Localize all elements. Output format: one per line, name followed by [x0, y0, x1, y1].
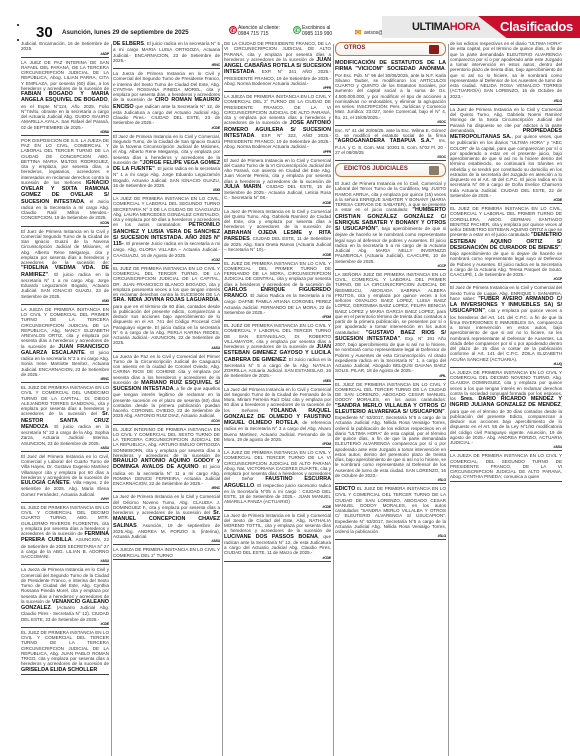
ad-code: #ASU — [21, 446, 109, 450]
ad-text: POR DISPOSICION DE S.S. LA JUEZA DE PAZ … — [21, 138, 109, 185]
classified-ad: La Juez del Primera Instancia en lo Civi… — [224, 386, 331, 449]
brand-logo: ULTIMAHORA — [412, 21, 480, 33]
phone-icon: ✆ — [229, 26, 237, 34]
ad-code: #SIG — [21, 299, 109, 303]
ad-text: El Juez del Primera Instancia en lo Civi… — [21, 454, 109, 480]
section-header-otros: OTROS — [335, 42, 446, 56]
ad-code: #PFR — [224, 150, 331, 154]
column-5: de los edictos respectivos en el diario … — [450, 40, 562, 756]
ad-code: #SOC — [335, 120, 446, 124]
classified-ad: LA JUEZA DE PRIMERA INSTANCIA EN LO CIVI… — [21, 306, 109, 383]
ad-code: #FDM — [224, 442, 331, 446]
ad-code: #CON — [21, 221, 109, 225]
ad-text: , cita y emplaza por quince veces a los … — [450, 308, 562, 361]
ad-code: #DBA — [21, 130, 109, 134]
ad-highlight: FABIAN BOGADO Y MARIA ANGELA ESQUIVEL DE… — [21, 91, 109, 103]
ad-code: #SES — [224, 379, 331, 383]
ad-highlight: MODIFICACIÓN DE ESTATUTOS DE LA FIRMA "V… — [335, 60, 446, 72]
classified-ad: LA JUEZA DE PRIMERA INSTANCIA EN LO CIVI… — [450, 452, 562, 481]
ad-highlight: EDICTO — [335, 486, 355, 492]
ad-code: #CDE — [224, 505, 331, 509]
ad-code: #LUQ — [450, 362, 562, 366]
classified-ad: DE LA CIUDAD DE PRESIDENTE FRANCO, DE LA… — [224, 40, 331, 92]
column-1: Judicial. Encarnación, 16 de Setiembre d… — [21, 40, 109, 756]
ad-text: LA JUEZA DE PRIMERA INSTANCIA EN LO CIVI… — [21, 307, 109, 349]
ad-text: . El presente Juicio radica en la secret… — [113, 241, 220, 258]
classified-ad: EL JUEZ DE PRIMERA INSTANCIA EN LO CIVIL… — [21, 384, 109, 452]
ad-text: Esc. N° 41 del 20/06/25, ante la Esc. Wi… — [335, 128, 446, 138]
column-divider — [333, 44, 334, 756]
contact-phone-number: 0984 715 715 — [238, 31, 280, 37]
envelope-icon: ✉ — [354, 29, 362, 37]
classified-ad: EL JUEZ DE PRIMERA INSTANCIA EN LO CIVIL… — [224, 260, 331, 322]
ad-highlight: DE ELBERS — [113, 41, 144, 47]
ad-code: #CDE — [450, 198, 562, 202]
classified-ad: LA JUEZA DE PRIMERA INSTANCIA EN LO CIVI… — [113, 546, 220, 560]
classified-ad: EL JUEZ INTERINO DE PRIMERA INSTANCIA EN… — [113, 426, 220, 493]
classified-ad: Judicial. Encarnación, 16 de Setiembre d… — [21, 40, 109, 58]
classified-ad: La Juez de Primera Instancia en lo Civil… — [450, 106, 562, 204]
ad-code: #ENC — [113, 63, 220, 67]
ad-text: EL JUEZ DE PRIMERA INSTANCIA EN LO CIVIL… — [335, 486, 446, 534]
ad-text: Judicial. Encarnación, 16 de Setiembre d… — [21, 41, 109, 51]
classified-ad: EL JUEZ DE PRIMERA INSTANCIA EN LO CIVIL… — [21, 629, 109, 675]
ad-code: #CDE — [224, 556, 331, 560]
ad-text: EL JUEZ DE PRIMERA INSTANCIA EN LO CIVIL… — [335, 382, 446, 403]
section-icon — [429, 45, 439, 54]
ad-text: , para que en el término de 60 días, con… — [113, 297, 220, 345]
classified-ad: EDICTO EL JUEZ DE PRIMERA INSTANCIA EN L… — [335, 485, 446, 540]
classified-ad: El Juez de Primera Instancia en lo Civil… — [335, 180, 446, 270]
ad-code: #CCP — [450, 277, 562, 281]
ad-text: LA JUEZA DE PRIMERA INSTANCIA EN LO CIVI… — [450, 453, 562, 479]
ad-code: #CDE — [224, 201, 331, 205]
section-header-edictos: EDICTOS JUDICIALES — [335, 163, 446, 177]
ad-text: La Juez de Primera Instancia en lo Civil… — [224, 513, 331, 534]
classified-ad: El Juez de Primera Instancia en lo Civil… — [450, 284, 562, 368]
ad-text: . Exp. N° 191 Año 2007, bajo apercibimie… — [335, 336, 446, 374]
classified-ad: EL JUEZ DE PRIMERA INSTANCIA EN LO CIVIL… — [224, 322, 331, 385]
ad-highlight: Sres. DARIO RICARDO MENDEZ Y INGRID JULI… — [450, 396, 562, 408]
ad-code: #CDE — [113, 126, 220, 130]
classified-ad: LA JUEZ DE PRIMERA INSTANCIA EN LO CIVIL… — [113, 195, 220, 264]
classified-ad: POR DISPOSICION DE S.S. LA JUEZA DE PAZ … — [21, 137, 109, 227]
classified-ad: La Jueza de Paz en lo Civil y Comercial … — [113, 353, 220, 425]
ad-code: #CCP — [335, 264, 446, 268]
classified-ad: La Juez de Primera Instancia en lo Civil… — [224, 208, 331, 259]
classified-ad: EL JUEZ DE PRIMERA INSTANCIA EN LO CIVIL… — [21, 504, 109, 566]
ad-text: EL JUEZ DE PRIMERA INSTANCIA EN LO CIVIL… — [21, 385, 109, 416]
ad-text: , por quince veces, que se publicarán en… — [450, 134, 562, 198]
ad-code: #SLO — [335, 478, 446, 482]
ad-highlight: EULOGIA CAÑETE — [21, 480, 70, 486]
ad-text: EL JUEZ DE PRIMERA INSTANCIA EN LO CIVIL… — [113, 266, 220, 297]
ad-code: #CDE — [21, 622, 109, 626]
fold-mark — [17, 24, 19, 26]
ad-code: #ENC — [21, 377, 109, 381]
ad-text: El Juez de Primera Instancia en lo Civil… — [224, 158, 331, 184]
ad-text: . Por Esc. Púb. N° 96 del 30/06/2025, an… — [335, 66, 446, 119]
ad-code: #ASU — [450, 445, 562, 449]
ad-text: EL JUEZ DE PRIMERA INSTANCIA EN LO CIVIL… — [21, 630, 109, 667]
ad-highlight: SRA. NIDIA JOVINA ROJAS LAGUARDIA — [113, 297, 219, 303]
classified-ad: La Jueza de Primera Instancia en lo Civi… — [113, 70, 220, 132]
contact-whatsapp[interactable]: ✆ Escribinos al 0985 119 990 — [302, 25, 332, 37]
ad-code: #ASU — [113, 539, 220, 543]
ad-text: La Juez de Primera Instancia en lo Civil… — [224, 209, 331, 230]
document-icon — [429, 166, 439, 175]
classified-ad: Esc. N° 41 del 20/06/25, ante la Esc. Wi… — [335, 127, 446, 161]
ad-highlight: GRISELDA ELIDA SCHOLLER — [21, 667, 97, 673]
ad-text: LA JUEZA DE PRIMERA INSTANCIA EN LO CIVI… — [113, 547, 220, 557]
classified-ad: LA JUEZ DE PRIMERA INSTANCIA EN LO CIVIL… — [224, 449, 331, 511]
ad-text: EL JUEZ DE PRIMERA INSTANCIA EN LO CIVIL… — [224, 261, 331, 287]
section-title: Clasificados — [500, 19, 573, 34]
ad-code: #ASU — [113, 346, 220, 350]
ad-code: #SLO — [450, 99, 562, 103]
classified-ad: La Juez de Primera Instancia en lo Civil… — [224, 512, 331, 562]
ad-text: EL JUEZ DE PRIMERA INSTANCIA EN LO CIVIL… — [224, 323, 331, 349]
ad-code: #VHY — [21, 497, 109, 501]
ad-code: #FDM — [224, 315, 331, 319]
classified-ad: El Juez de Primera Instancia en lo Civil… — [224, 157, 331, 207]
ad-highlight: JULIA MARIN — [224, 184, 261, 190]
classified-ad: LA JUEZA DE PRIMERA INSTANCIA EN LO CIVI… — [224, 93, 331, 156]
whatsapp-icon: ✆ — [293, 26, 301, 34]
classified-ad: EL JUEZ DE PRIMERA INSTANCIA EN LO CIVIL… — [450, 205, 562, 283]
column-divider — [111, 44, 112, 756]
ad-code: #CGZ — [113, 258, 220, 262]
classified-ad: El Juez de Primera Instancia en lo Civil… — [21, 228, 109, 305]
brand-ultima: ULTIMA — [412, 21, 450, 33]
classified-ad: El Juez de Primera Instancia en lo Civil… — [113, 133, 220, 195]
page-number: 30 — [36, 24, 53, 41]
classified-ad: LA SEÑORA JUEZ DE PRIMERA INSTANCIA EN L… — [335, 271, 446, 380]
ad-text: de los edictos respectivos en el diario … — [450, 41, 562, 99]
classified-ad: de los edictos respectivos en el diario … — [450, 40, 562, 105]
ad-code: #ADP — [21, 52, 109, 56]
ad-code: #SIG — [113, 188, 220, 192]
ad-highlight: "AGROGANADERA TABAPUA S.A." — [335, 138, 434, 144]
ad-text: La Juez de Primera Instancia en lo Civil… — [113, 494, 220, 515]
ad-highlight: LUCIVANE DOS PASSOS BOENA — [224, 534, 318, 540]
ad-text: , para que en el término de 30 días cont… — [450, 402, 562, 445]
classified-ad: La Jueza de Primera Instancia en lo Civi… — [21, 566, 109, 628]
classified-ad: DE ELBERS. El juicio radica en la secret… — [113, 40, 220, 69]
classified-ad: LA JUEZA DE PRIMERA INSTANCIA EN LO CIVI… — [450, 369, 562, 452]
ad-code: #PIL — [335, 374, 446, 378]
ad-code: #PFR — [224, 86, 331, 90]
ad-text: El Juez de Primera Instancia en lo Civil… — [21, 229, 109, 266]
classified-ad: EL JUEZ DE PRIMERA INSTANCIA EN LO CIVIL… — [113, 265, 220, 352]
ad-code: #CDE — [224, 253, 331, 257]
contact-phone[interactable]: ✆ Atención al cliente: 0984 715 715 — [238, 25, 280, 37]
classified-ad: MODIFICACIÓN DE ESTATUTOS DE LA FIRMA "V… — [335, 59, 446, 126]
column-2: DE ELBERS. El juicio radica en la secret… — [113, 40, 220, 756]
fold-mark — [17, 39, 19, 41]
column-4: OTROSMODIFICACIÓN DE ESTATUTOS DE LA FIR… — [335, 40, 446, 756]
ad-code: #ENC — [113, 486, 220, 490]
ad-text: DE LA CIUDAD DE PRESIDENTE FRANCO, DE LA… — [224, 41, 331, 62]
ad-code: #ASU — [21, 559, 109, 563]
classified-ad: LA JUEZ DE PAZ INTERINA DE SAN RAFAEL DE… — [21, 59, 109, 136]
ad-code: #COV — [113, 419, 220, 423]
classified-ad: EL JUEZ DE PRIMERA INSTANCIA EN LO CIVIL… — [335, 381, 446, 485]
section-header-label: OTROS — [344, 46, 365, 51]
column-divider — [222, 44, 223, 756]
ad-code: #SLO — [335, 534, 446, 538]
column-divider — [448, 44, 449, 756]
section-header-label: EDICTOS JUDICIALES — [344, 167, 408, 172]
ad-text: LA SEÑORA JUEZ DE PRIMERA INSTANCIA EN L… — [335, 272, 446, 335]
ad-text: LA JUEZ DE PAZ INTERINA DE SAN RAFAEL DE… — [21, 60, 109, 91]
ad-code: #SOC — [335, 155, 446, 159]
ad-highlight: "SANDRA MERLO VILLALBA Y OTROS C/ ELEUTE… — [335, 403, 446, 415]
dateline: Asunción, lunes 29 de septiembre de 2025 — [62, 29, 189, 36]
classified-ad: La Juez de Primera Instancia en lo Civil… — [113, 493, 220, 545]
ad-text: EL JUEZ INTERINO DE PRIMERA INSTANCIA EN… — [113, 427, 220, 458]
column-3: DE LA CIUDAD DE PRESIDENTE FRANCO, DE LA… — [224, 40, 331, 756]
ad-text: , bajo apercibimiento de que si dejare d… — [335, 226, 446, 264]
ad-text: . Expediente N° 53/2017, Secretaría N°5 … — [335, 409, 446, 478]
brand-hora: HORA — [450, 21, 480, 33]
page-header: 30 Asunción, lunes 29 de septiembre de 2… — [0, 0, 580, 40]
classified-ad: El Juez del Primera Instancia en lo Civi… — [21, 453, 109, 503]
contact-whatsapp-number: 0985 119 990 — [302, 31, 332, 37]
